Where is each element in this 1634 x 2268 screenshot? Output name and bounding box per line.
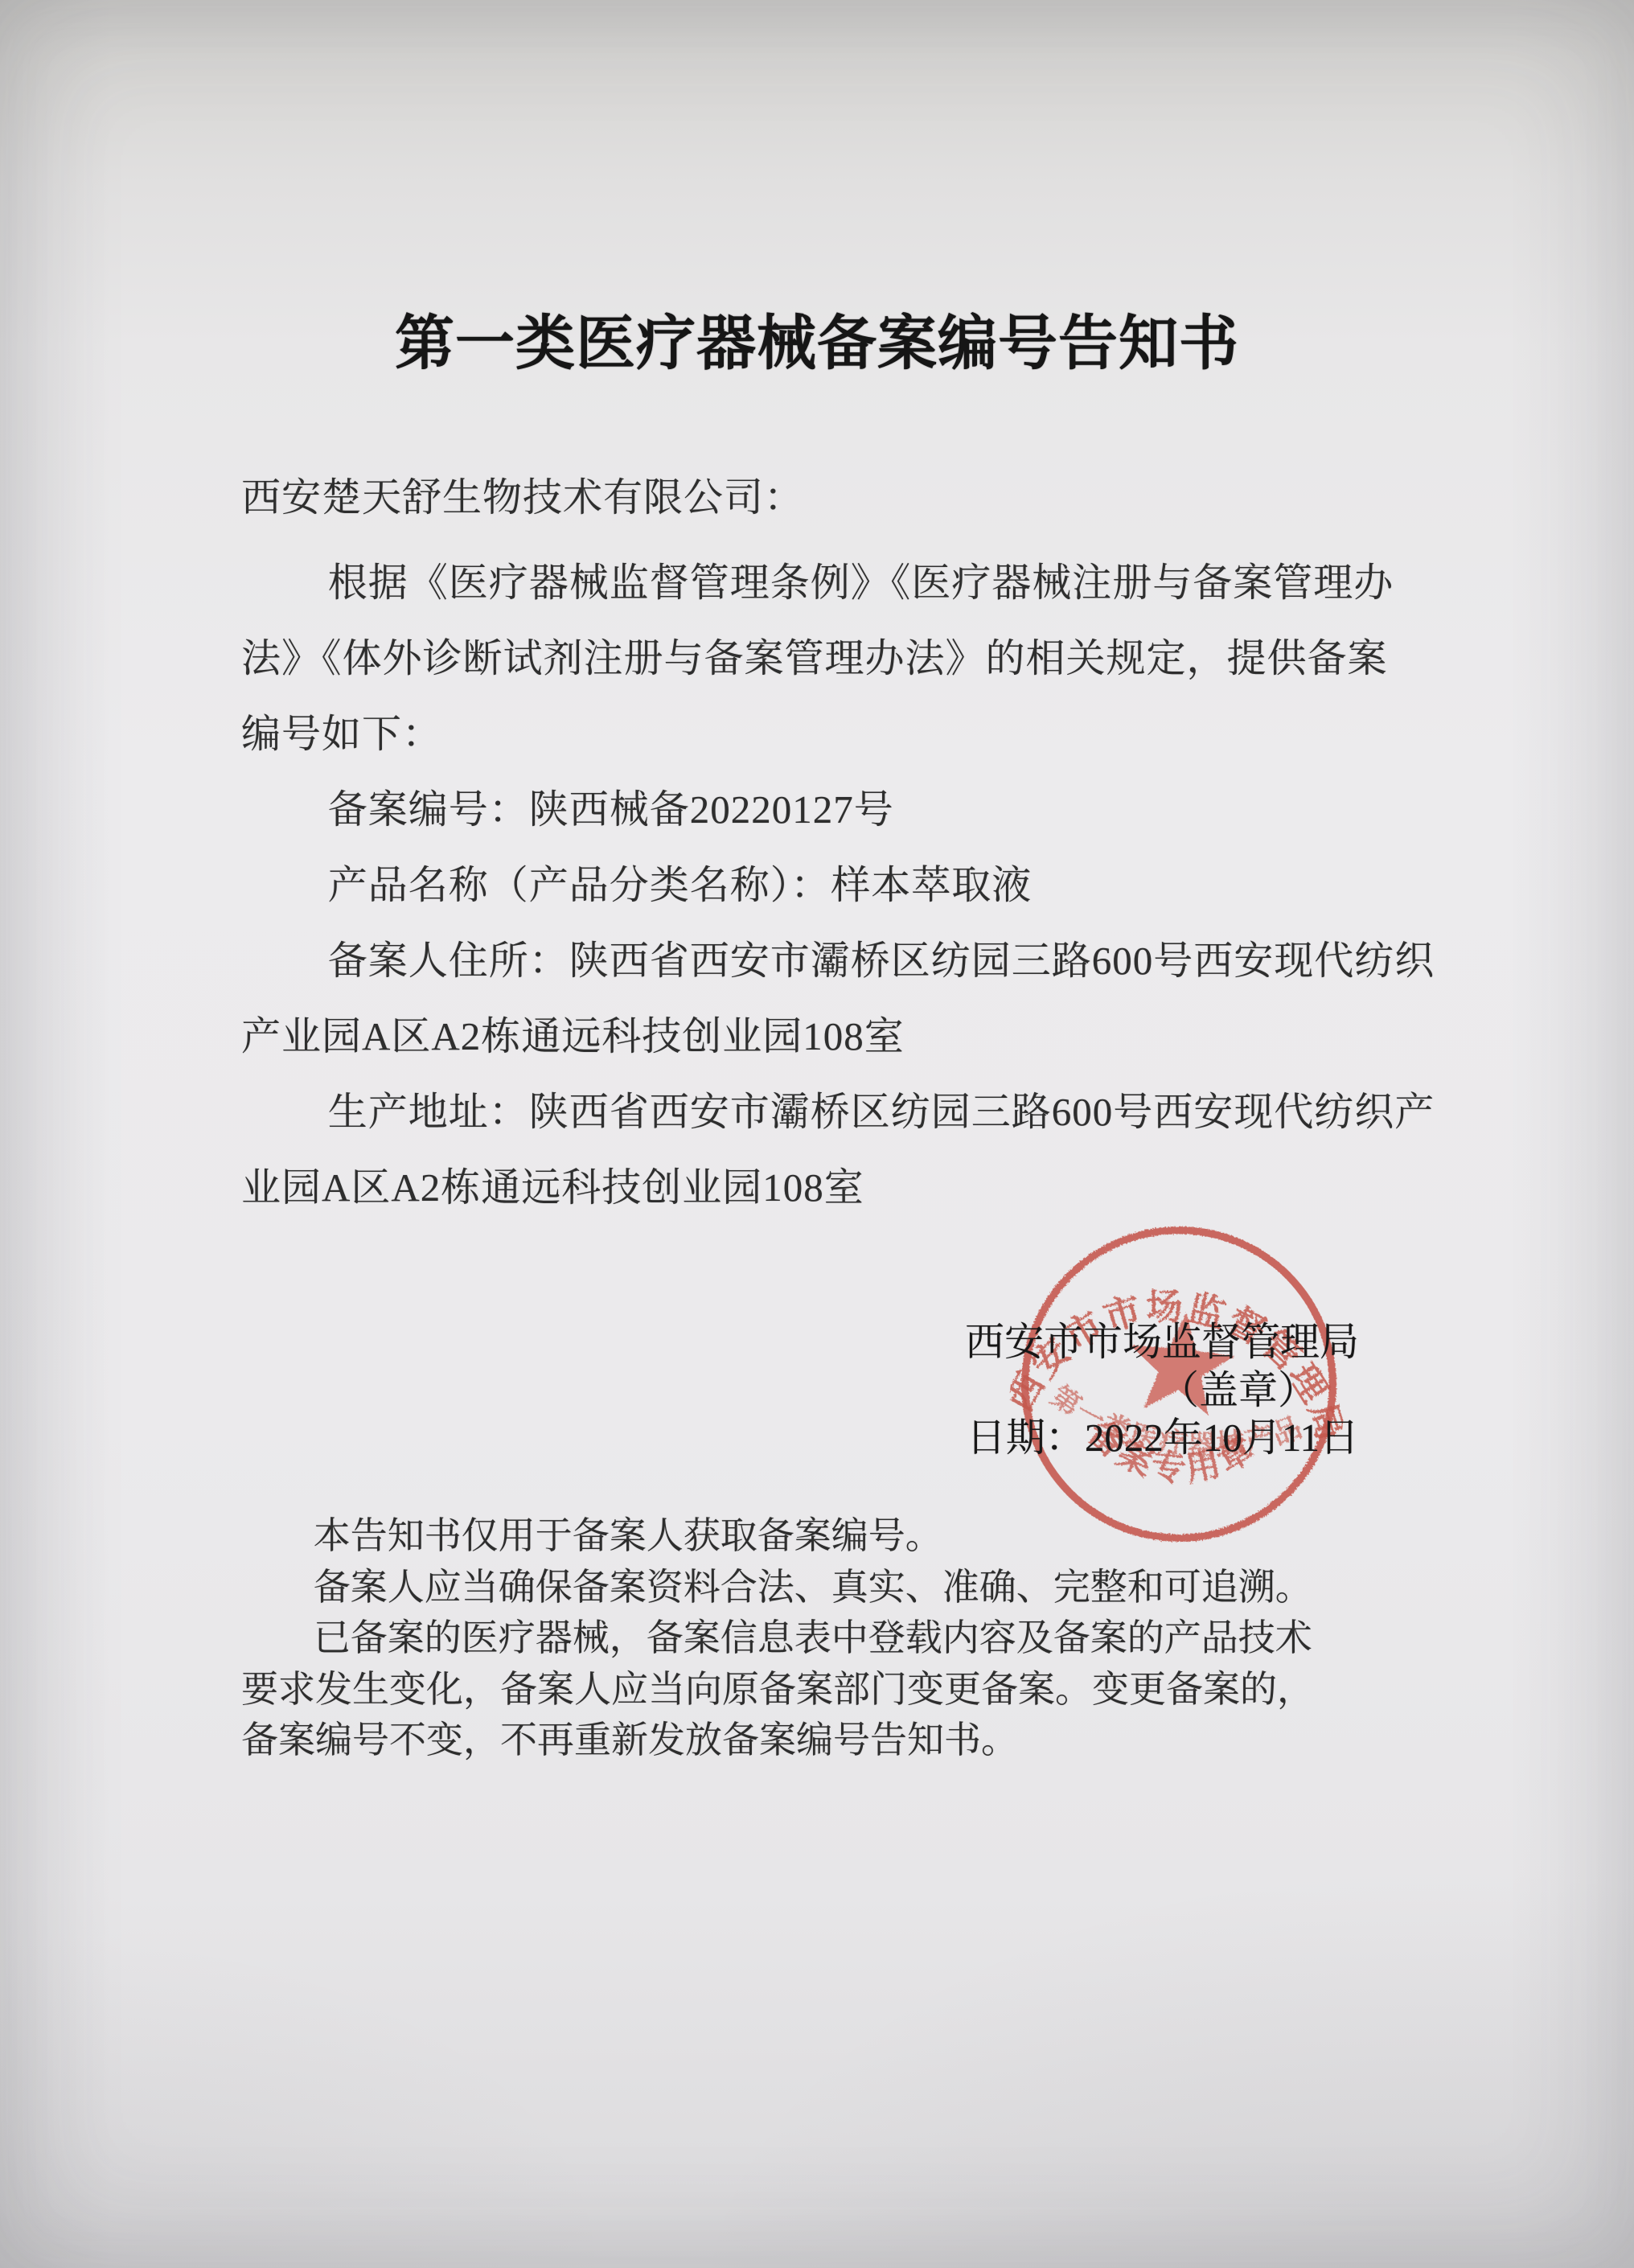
note-line: 备案编号不变，不再重新发放备案编号告知书。 xyxy=(241,1715,1423,1766)
note-line: 备案人应当确保备案资料合法、真实、准确、完整和可追溯。 xyxy=(241,1562,1423,1613)
note-line: 要求发生变化，备案人应当向原备案部门变更备案。变更备案的， xyxy=(241,1664,1423,1715)
issue-date: 日期：2022年10月11日 xyxy=(868,1414,1359,1462)
body-line: 编号如下： xyxy=(241,696,1406,772)
product-name-line: 产品名称（产品分类名称）：样本萃取液 xyxy=(241,848,1406,923)
production-address-line: 业园A区A2栋通远科技创业园108室 xyxy=(241,1150,1406,1226)
production-address-line: 生产地址：陕西省西安市灞桥区纺园三路600号西安现代纺织产 xyxy=(241,1074,1406,1150)
seal-note: （盖章） xyxy=(868,1366,1359,1415)
registrant-address-line: 产业园A区A2栋通远科技创业园108室 xyxy=(241,999,1406,1074)
registrant-address-line: 备案人住所：陕西省西安市灞桥区纺园三路600号西安现代纺织 xyxy=(241,923,1406,999)
document-title: 第一类医疗器械备案编号告知书 xyxy=(0,296,1634,381)
document-body: 西安楚天舒生物技术有限公司： 根据《医疗器械监督管理条例》《医疗器械注册与备案管… xyxy=(241,460,1406,1226)
body-line: 根据《医疗器械监督管理条例》《医疗器械注册与备案管理办 xyxy=(241,545,1406,621)
addressee-line: 西安楚天舒生物技术有限公司： xyxy=(241,460,1406,536)
filing-number-line: 备案编号：陕西械备20220127号 xyxy=(241,772,1406,848)
scanned-document: 第一类医疗器械备案编号告知书 西安楚天舒生物技术有限公司： 根据《医疗器械监督管… xyxy=(0,0,1634,2268)
body-line: 法》《体外诊断试剂注册与备案管理办法》的相关规定，提供备案 xyxy=(241,621,1406,696)
notes-block: 本告知书仅用于备案人获取备案编号。 备案人应当确保备案资料合法、真实、准确、完整… xyxy=(241,1510,1423,1766)
note-line: 本告知书仅用于备案人获取备案编号。 xyxy=(241,1510,1423,1562)
issuing-authority: 西安市市场监督管理局 xyxy=(868,1318,1359,1366)
note-line: 已备案的医疗器械，备案信息表中登载内容及备案的产品技术 xyxy=(241,1613,1423,1664)
signature-block: 西安市市场监督管理局 （盖章） 日期：2022年10月11日 xyxy=(868,1318,1359,1462)
